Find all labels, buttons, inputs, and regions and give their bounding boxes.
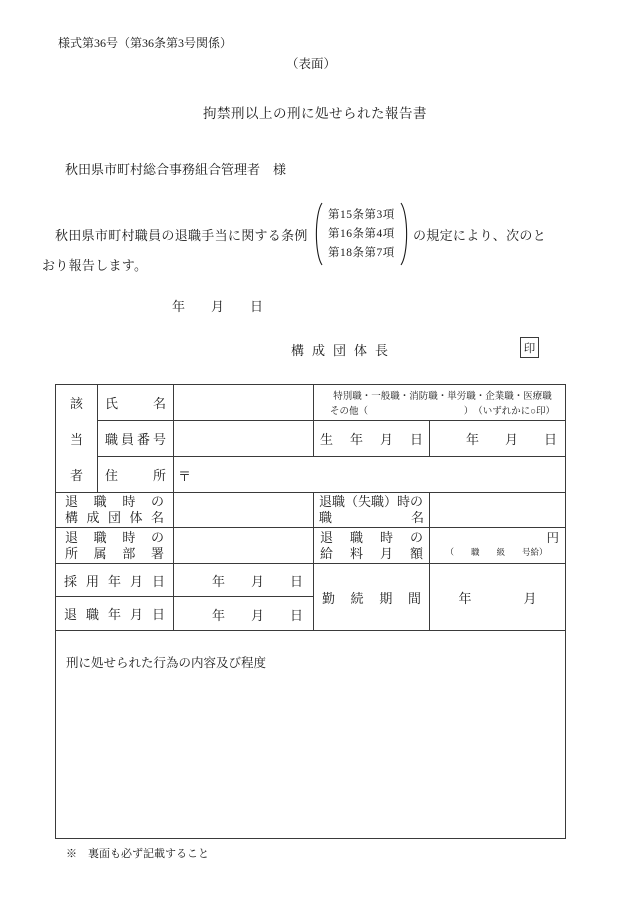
salary-unit: 円 [434,530,559,546]
monthly-salary-input-cell[interactable]: 円 （ 職 級 号給） [429,527,566,564]
body-text-before: 秋田県市町村職員の退職手当に関する条例 [55,225,308,244]
hire-date-input-cell[interactable]: 年 月 日 [173,563,314,597]
service-period-input-cell[interactable]: 年 月 [429,563,566,631]
signer-title: 構成団体長 [291,340,396,359]
dept-at-retirement-input-cell[interactable] [173,527,314,564]
job-type-select-cell[interactable]: 特別職・一般職・消防職・単労職・企業職・医療職 その他（ ） （いずれかに○印） [313,384,566,421]
retire-date-input-cell[interactable]: 年 月 日 [173,596,314,631]
service-period-label: 勤続期間 [313,563,430,631]
employee-no-input-cell[interactable] [173,420,314,457]
job-type-options: 特別職・一般職・消防職・単労職・企業職・医療職 [328,388,557,402]
job-type-other-open: その他（ [330,403,368,417]
postal-mark: 〒 [178,469,191,484]
left-bracket-icon [311,201,324,267]
clause-item-2: 第16条第4項 [328,225,395,244]
footer-note: ※ 裏面も必ず記載すること [66,845,209,861]
right-bracket-icon [399,201,412,267]
body-text-after: の規定により、次のと [413,225,546,244]
dept-at-retirement-label: 退職時の 所属部署 [55,527,174,564]
side-label: （表面） [286,54,336,72]
org-at-retirement-input-cell[interactable] [173,492,314,528]
form-number: 様式第36号（第36条第3号関係） [58,34,232,51]
report-date-line[interactable]: 年 月 日 [172,296,263,315]
seal-placeholder[interactable]: 印 [520,337,539,358]
offense-description-cell[interactable]: 刑に処せられた行為の内容及び程度 [55,630,566,839]
org-at-retirement-label: 退職時の 構成団体名 [55,492,174,528]
retire-date-label: 退職年月日 [55,596,174,631]
salary-grade-note: （ 職 級 号給） [434,546,559,558]
clause-item-3: 第18条第7項 [328,244,395,263]
address-label: 住所 [97,456,174,493]
offense-description-label: 刑に処せられた行為の内容及び程度 [66,656,266,670]
address-input-cell[interactable]: 〒 [173,456,566,493]
job-title-at-retirement-input-cell[interactable] [429,492,566,528]
body-text-line2: おり報告します。 [42,255,147,274]
document-title: 拘禁刑以上の刑に処せられた報告書 [0,102,630,122]
birth-date-label: 生年月日 [313,420,430,457]
applicable-person-group-label: 該当者 [55,384,98,493]
hire-date-label: 採用年月日 [55,563,174,597]
employee-no-label: 職員番号 [97,420,174,457]
addressee-line: 秋田県市町村総合事務組合管理者 様 [65,159,286,178]
job-type-other-close: ） （いずれかに○印） [464,403,555,417]
name-label: 氏名 [97,384,174,421]
name-input-cell[interactable] [173,384,314,421]
birth-date-input-cell[interactable]: 年 月 日 [429,420,566,457]
job-title-at-retirement-label: 退職（失職）時の 職名 [313,492,430,528]
clause-item-1: 第15条第3項 [328,206,395,225]
monthly-salary-label: 退職時の 給料月額 [313,527,430,564]
clause-bracket-group: 第15条第3項 第16条第4項 第18条第7項 [311,201,412,267]
job-type-other-row: その他（ ） （いずれかに○印） [328,403,557,417]
